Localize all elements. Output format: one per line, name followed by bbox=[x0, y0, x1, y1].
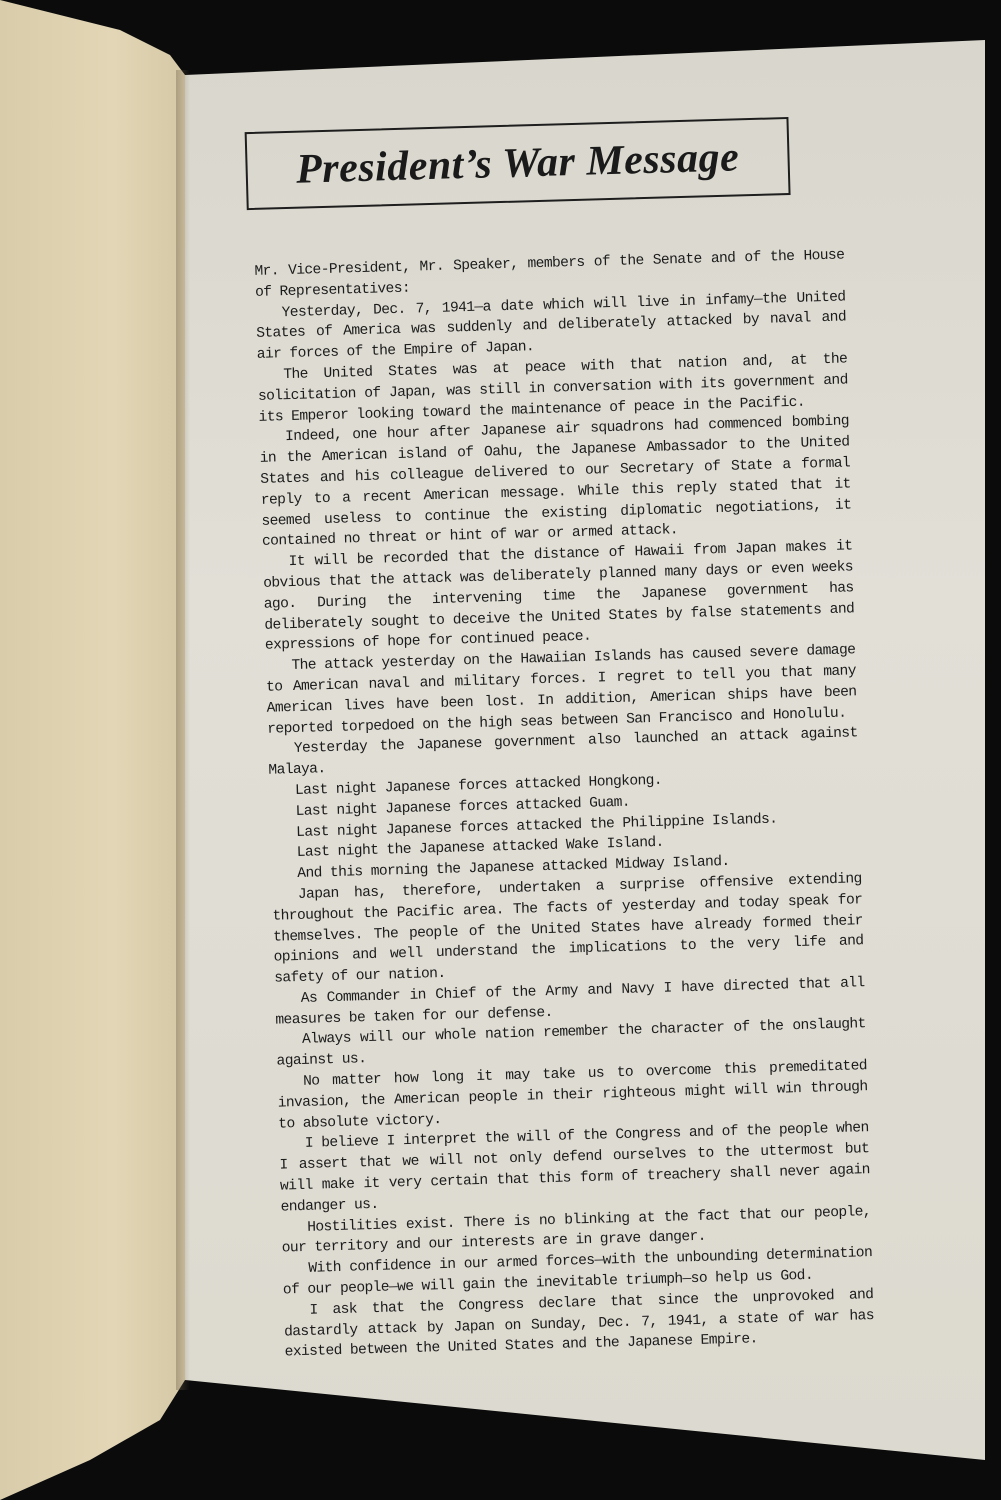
left-page bbox=[0, 0, 190, 1500]
book-spine bbox=[176, 70, 190, 1390]
title-box: President’s War Message bbox=[245, 117, 791, 210]
paragraph: Japan has, therefore, undertaken a surpr… bbox=[272, 869, 865, 989]
page-title: President’s War Message bbox=[295, 133, 739, 193]
paragraph: It will be recorded that the distance of… bbox=[262, 537, 855, 657]
page-content: President’s War Message Mr. Vice-Preside… bbox=[250, 94, 875, 1364]
paragraph: Indeed, one hour after Japanese air squa… bbox=[259, 412, 852, 553]
message-body: Mr. Vice-President, Mr. Speaker, members… bbox=[254, 245, 875, 1363]
